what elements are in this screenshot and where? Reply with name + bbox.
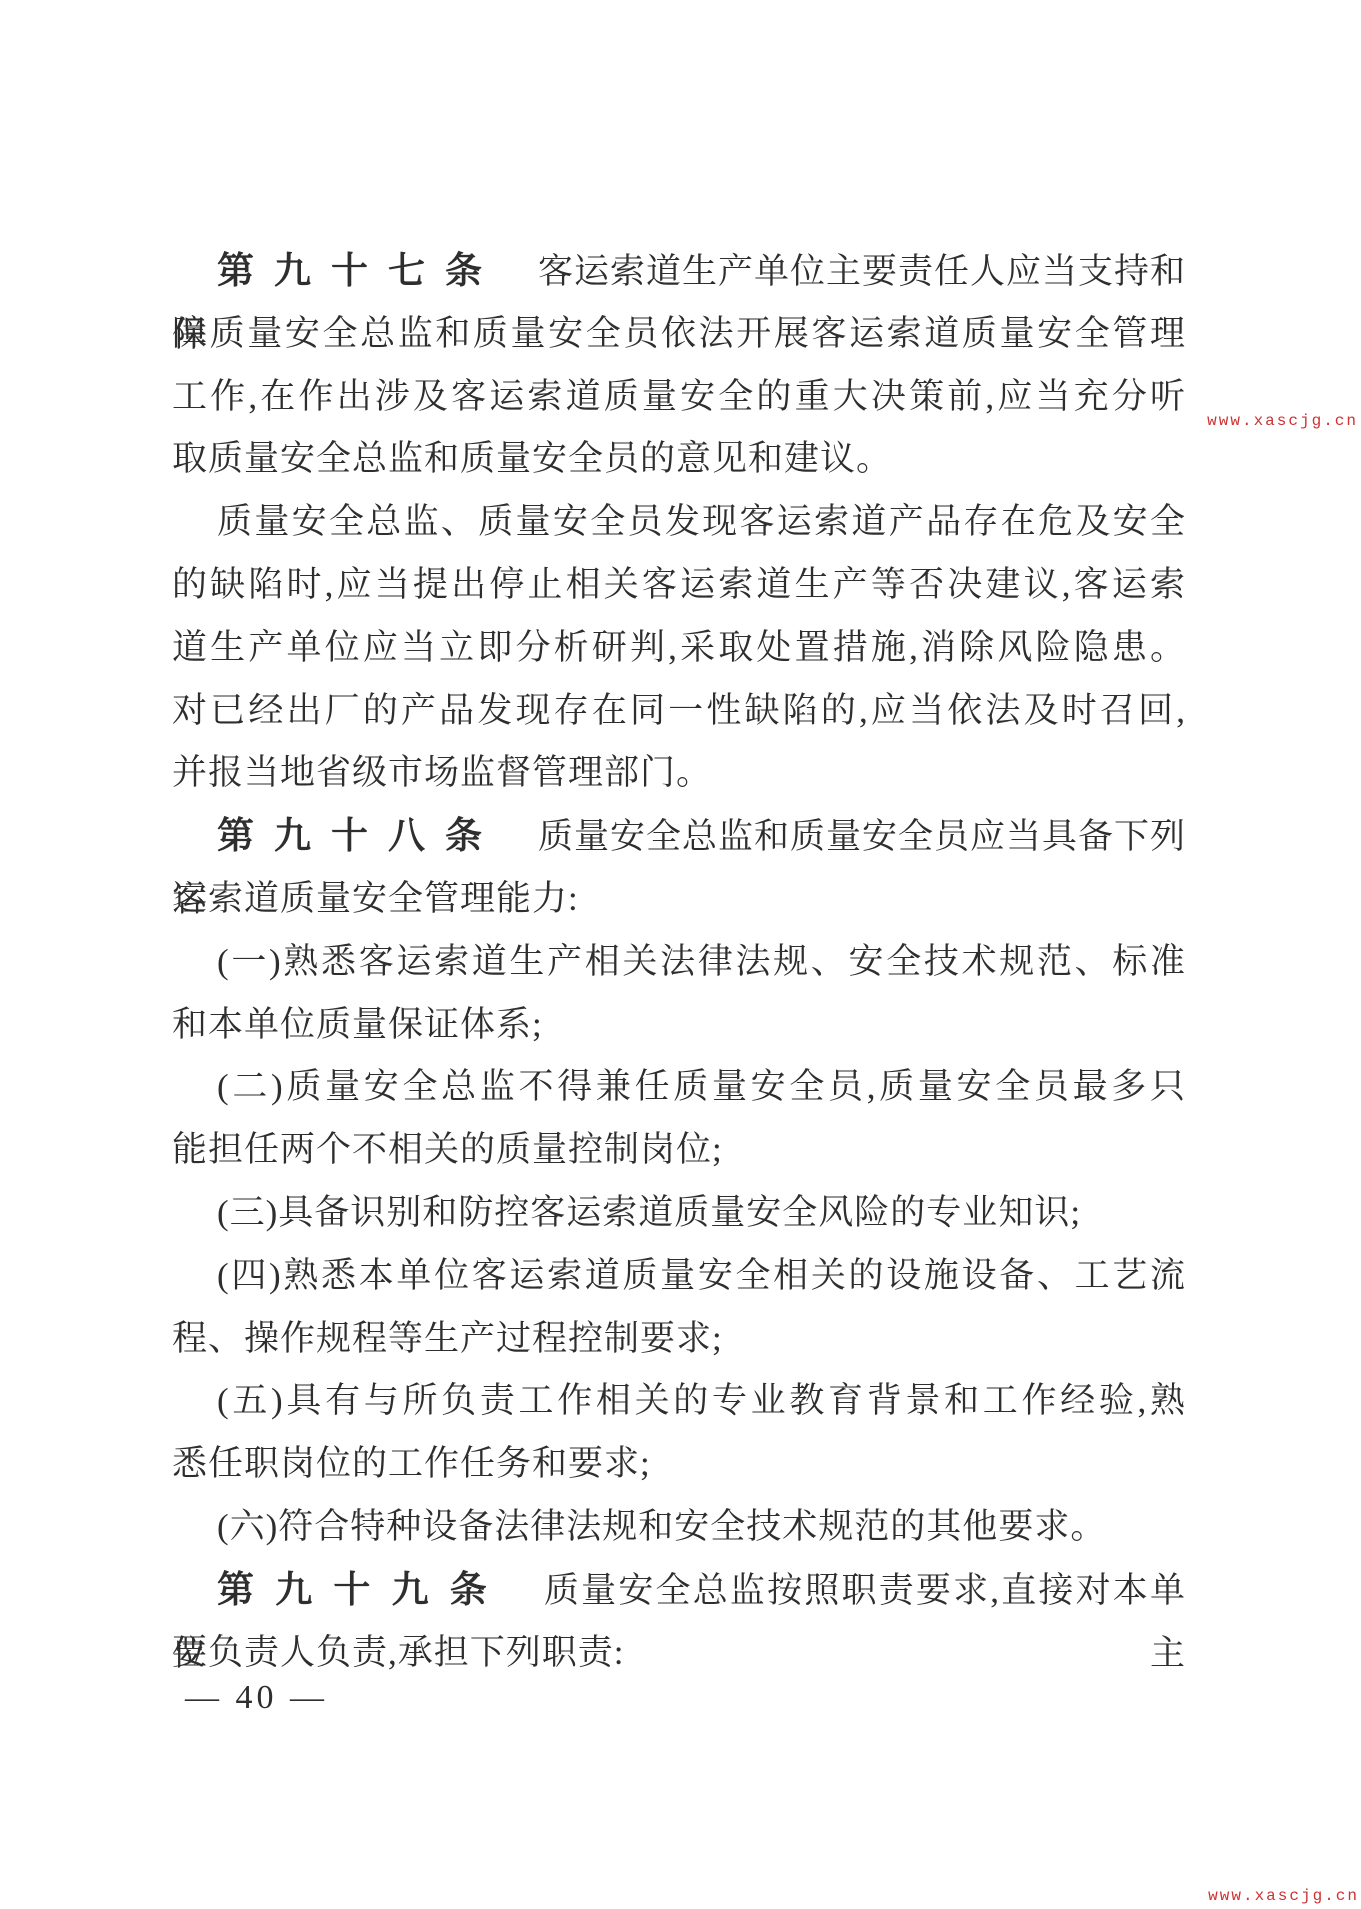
text-line: 运索道质量安全管理能力:	[172, 868, 1186, 931]
line-text: (二)质量安全总监不得兼任质量安全员,质量安全员最多只	[217, 1067, 1186, 1106]
article-number: 第九十八条	[217, 815, 502, 856]
text-line: 并报当地省级市场监督管理部门。	[172, 742, 1186, 805]
article-text-block: 第九十七条客运索道生产单位主要责任人应当支持和保 障质量安全总监和质量安全员依法…	[172, 240, 1186, 1684]
line-text: 要负责人负责,承担下列职责:	[172, 1633, 624, 1672]
line-text: 悉任职岗位的工作任务和要求;	[172, 1444, 651, 1483]
text-line: (三)具备识别和防控客运索道质量安全风险的专业知识;	[172, 1182, 1186, 1245]
text-line: 障质量安全总监和质量安全员依法开展客运索道质量安全管理	[172, 303, 1186, 366]
line-text: (六)符合特种设备法律法规和安全技术规范的其他要求。	[217, 1507, 1106, 1546]
line-text: 质量安全总监、质量安全员发现客运索道产品存在危及安全	[217, 502, 1186, 541]
line-text: 程、操作规程等生产过程控制要求;	[172, 1319, 723, 1358]
text-line: 第九十八条质量安全总监和质量安全员应当具备下列客	[172, 805, 1186, 868]
line-text: (一)熟悉客运索道生产相关法律法规、安全技术规范、标准	[217, 942, 1186, 981]
text-line: (五)具有与所负责工作相关的专业教育背景和工作经验,熟	[172, 1370, 1186, 1433]
text-line: 程、操作规程等生产过程控制要求;	[172, 1308, 1186, 1371]
watermark-url-bottom: www.xascjg.cn	[1208, 1887, 1359, 1905]
text-line: 工作,在作出涉及客运索道质量安全的重大决策前,应当充分听	[172, 366, 1186, 429]
text-line: 第九十七条客运索道生产单位主要责任人应当支持和保	[172, 240, 1186, 303]
text-line: 和本单位质量保证体系;	[172, 994, 1186, 1057]
text-line: 质量安全总监、质量安全员发现客运索道产品存在危及安全	[172, 491, 1186, 554]
line-text: (五)具有与所负责工作相关的专业教育背景和工作经验,熟	[217, 1381, 1186, 1420]
document-page: 第九十七条客运索道生产单位主要责任人应当支持和保 障质量安全总监和质量安全员依法…	[0, 0, 1361, 1909]
text-line: 能担任两个不相关的质量控制岗位;	[172, 1119, 1186, 1182]
line-text: (四)熟悉本单位客运索道质量安全相关的设施设备、工艺流	[217, 1256, 1186, 1295]
line-text: 障质量安全总监和质量安全员依法开展客运索道质量安全管理	[172, 314, 1186, 353]
article-number: 第九十九条	[217, 1569, 508, 1610]
text-line: 对已经出厂的产品发现存在同一性缺陷的,应当依法及时召回,	[172, 680, 1186, 743]
line-text: 道生产单位应当立即分析研判,采取处置措施,消除风险隐患。	[172, 628, 1186, 667]
text-line: 的缺陷时,应当提出停止相关客运索道生产等否决建议,客运索	[172, 554, 1186, 617]
text-line: (六)符合特种设备法律法规和安全技术规范的其他要求。	[172, 1496, 1186, 1559]
text-line: 第九十九条质量安全总监按照职责要求,直接对本单位主	[172, 1559, 1186, 1622]
line-text: 对已经出厂的产品发现存在同一性缺陷的,应当依法及时召回,	[172, 691, 1186, 730]
line-text: 工作,在作出涉及客运索道质量安全的重大决策前,应当充分听	[172, 377, 1186, 416]
article-number: 第九十七条	[217, 250, 502, 291]
line-text: 能担任两个不相关的质量控制岗位;	[172, 1130, 723, 1169]
line-text: 取质量安全总监和质量安全员的意见和建议。	[172, 439, 892, 478]
text-line: (二)质量安全总监不得兼任质量安全员,质量安全员最多只	[172, 1056, 1186, 1119]
text-line: 取质量安全总监和质量安全员的意见和建议。	[172, 428, 1186, 491]
page-number: — 40 —	[185, 1678, 328, 1718]
text-line: (四)熟悉本单位客运索道质量安全相关的设施设备、工艺流	[172, 1245, 1186, 1308]
text-line: (一)熟悉客运索道生产相关法律法规、安全技术规范、标准	[172, 931, 1186, 994]
line-text: (三)具备识别和防控客运索道质量安全风险的专业知识;	[217, 1193, 1081, 1232]
line-text: 运索道质量安全管理能力:	[172, 879, 579, 918]
line-text: 和本单位质量保证体系;	[172, 1005, 543, 1044]
text-line: 道生产单位应当立即分析研判,采取处置措施,消除风险隐患。	[172, 617, 1186, 680]
line-text: 并报当地省级市场监督管理部门。	[172, 753, 712, 792]
line-text: 的缺陷时,应当提出停止相关客运索道生产等否决建议,客运索	[172, 565, 1186, 604]
text-line: 悉任职岗位的工作任务和要求;	[172, 1433, 1186, 1496]
watermark-url-mid: www.xascjg.cn	[1207, 412, 1358, 430]
